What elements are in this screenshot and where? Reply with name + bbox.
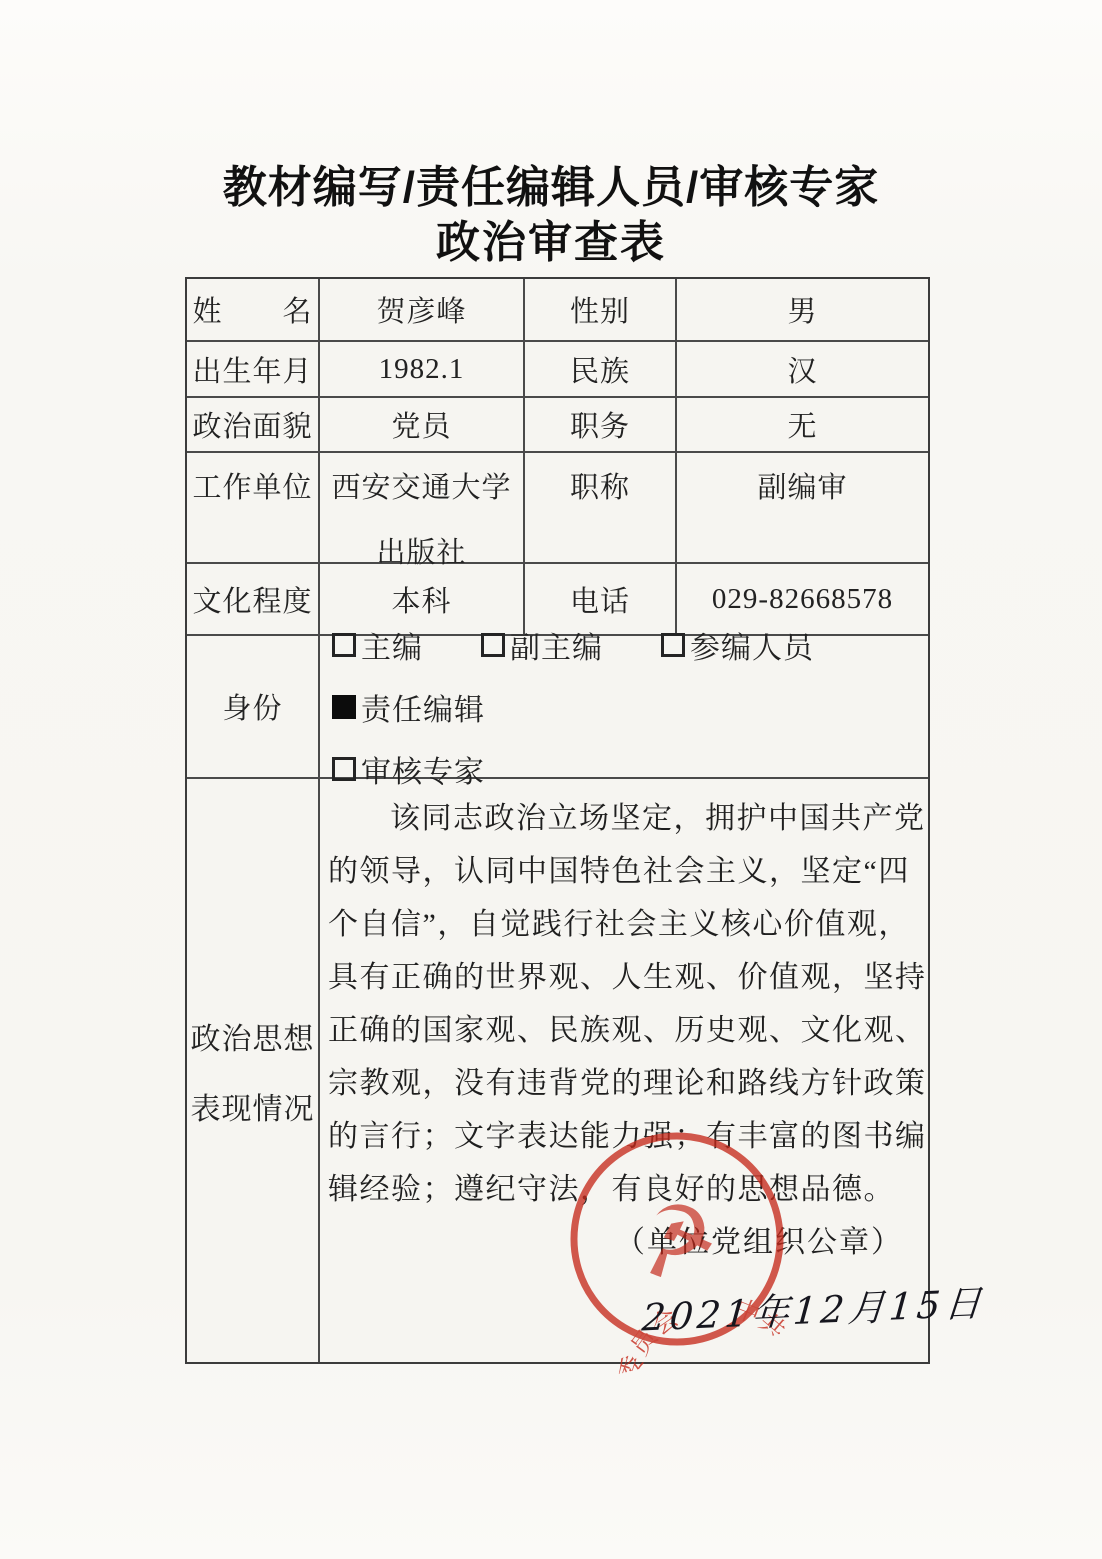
identity-options-row-1: 主编 副主编 参编人员 <box>332 623 814 667</box>
identity-option-responsible-editor: 责任编辑 <box>332 685 485 729</box>
name-label: 姓 名 <box>187 279 320 342</box>
identity-option-label: 副主编 <box>510 623 603 667</box>
assessment-text-line: 个自信”，自觉践行社会主义核心价值观， <box>328 898 918 951</box>
identity-option-chief-editor: 主编 <box>332 623 423 667</box>
checkbox-unchecked-icon <box>332 757 356 781</box>
title-line-1: 教材编写/责任编辑人员/审核专家 <box>0 160 1102 216</box>
job-title-value: 副编审 <box>677 453 928 564</box>
identity-option-label: 主编 <box>361 623 423 667</box>
identity-label: 身份 <box>187 636 320 779</box>
work-unit-line-1: 西安交通大学 <box>331 465 511 506</box>
identity-option-label: 参编人员 <box>690 623 814 667</box>
ethnicity-label: 民族 <box>525 342 677 398</box>
identity-options: 主编 副主编 参编人员 责任编辑 审核专家 <box>320 636 928 779</box>
assessment-text-line: 正确的国家观、民族观、历史观、文化观、 <box>328 1004 918 1057</box>
review-form-table: 姓 名 贺彦峰 性别 男 出生年月 1982.1 民族 汉 政治面貌 党员 职务… <box>185 277 930 1364</box>
duty-label: 职务 <box>525 398 677 453</box>
seal-placement-note: （单位党组织公章） <box>615 1216 903 1269</box>
identity-options-row-2: 责任编辑 <box>332 685 485 729</box>
gender-label: 性别 <box>525 279 677 342</box>
identity-option-deputy-chief-editor: 副主编 <box>481 623 603 667</box>
identity-option-label: 责任编辑 <box>361 685 485 729</box>
assessment-content: 该同志政治立场坚定，拥护中国共产党 的领导，认同中国特色社会主义，坚定“四 个自… <box>320 779 928 1362</box>
political-status-label: 政治面貌 <box>187 398 320 453</box>
assessment-label: 政治思想 表现情况 <box>187 779 320 1362</box>
name-value: 贺彦峰 <box>320 279 525 342</box>
job-title-label: 职称 <box>525 453 677 564</box>
checkbox-unchecked-icon <box>481 633 505 657</box>
checkbox-checked-icon <box>332 695 356 719</box>
assessment-label-line-2: 表现情况 <box>191 1084 315 1128</box>
document-title: 教材编写/责任编辑人员/审核专家 政治审查表 <box>0 160 1102 270</box>
birth-label: 出生年月 <box>187 342 320 398</box>
assessment-text-line: 的领导，认同中国特色社会主义，坚定“四 <box>328 845 918 898</box>
duty-value: 无 <box>677 398 928 453</box>
assessment-text-line: 该同志政治立场坚定，拥护中国共产党 <box>328 792 918 845</box>
assessment-text-line: 辑经验；遵纪守法，有良好的思想品德。 <box>328 1163 918 1216</box>
identity-option-contributor: 参编人员 <box>661 623 814 667</box>
education-label: 文化程度 <box>187 564 320 636</box>
work-unit-label: 工作单位 <box>187 453 320 564</box>
assessment-label-line-1: 政治思想 <box>191 1014 315 1058</box>
gender-value: 男 <box>677 279 928 342</box>
checkbox-unchecked-icon <box>332 633 356 657</box>
assessment-text-line: 宗教观，没有违背党的理论和路线方针政策 <box>328 1057 918 1110</box>
assessment-text-line: 具有正确的世界观、人生观、价值观，坚持 <box>328 951 918 1004</box>
checkbox-unchecked-icon <box>661 633 685 657</box>
work-unit-value: 西安交通大学 出版社 <box>320 453 525 564</box>
political-status-value: 党员 <box>320 398 525 453</box>
ethnicity-value: 汉 <box>677 342 928 398</box>
assessment-text-line: 的言行；文字表达能力强；有丰富的图书编 <box>328 1110 918 1163</box>
birth-value: 1982.1 <box>320 342 525 398</box>
title-line-2: 政治审查表 <box>0 216 1102 270</box>
